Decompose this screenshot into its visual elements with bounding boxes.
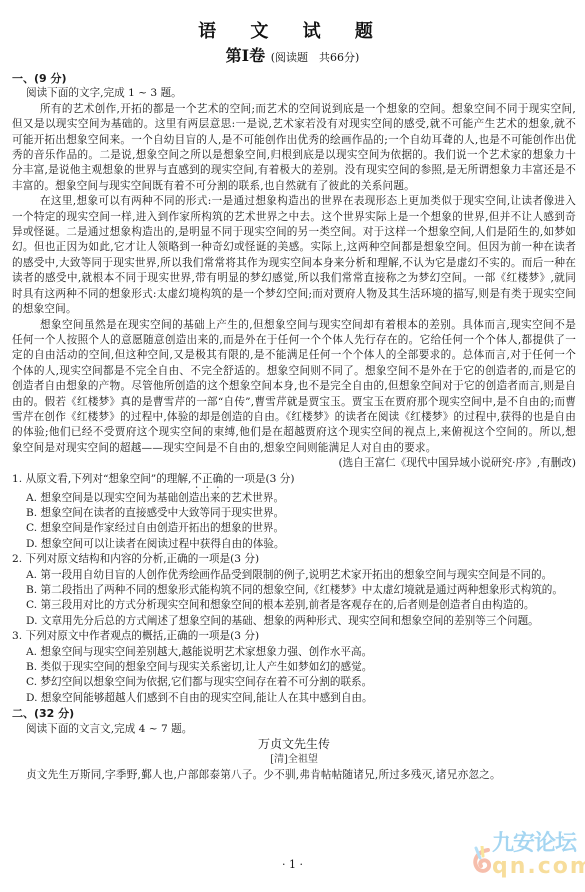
passage-paragraph-3: 想象空间虽然是在现实空间的基础上产生的,但想象空间与现实空间却有着根本的差别。具… — [12, 318, 576, 457]
q1-option-d: D. 想象空间可以让读者在阅读过程中获得自由的体验。 — [12, 537, 576, 552]
volume-note: (阅读题 共66分) — [271, 51, 360, 64]
section-2-instruction: 阅读下面的文言文,完成 4 ~ 7 题。 — [12, 722, 576, 737]
question-1-stem-a: 1. 从原文看,下列对“想象空间”的理解, — [12, 473, 191, 485]
question-2: 2. 下列对原文结构和内容的分析,正确的一项是(3 分) — [12, 552, 576, 567]
section-1-instruction: 阅读下面的文字,完成 1 ~ 3 题。 — [12, 86, 576, 101]
q2-option-c: C. 第三段用对比的方式分析现实空间和想象空间的根本差别,前者是客观存在的,后者… — [12, 598, 576, 613]
exam-title: 语 文 试 题 — [0, 17, 585, 43]
page-number: · 1 · — [0, 858, 585, 871]
exam-page: 语 文 试 题 第Ⅰ卷 (阅读题 共66分) 一、(9 分) 阅读下面的文字,完… — [0, 0, 585, 892]
reading-section-1: 一、(9 分) 阅读下面的文字,完成 1 ~ 3 题。 所有的艺术创作,开拓的都… — [12, 71, 576, 783]
volume-label: 第Ⅰ卷 — [226, 46, 266, 65]
q3-option-c: C. 梦幻空间以想象空间为依据,它们都与现实空间存在着不可分割的联系。 — [12, 675, 576, 690]
q2-option-d: D. 文章用先分后总的方式阐述了想象空间的基础、想象的两种形式、现实空间和想象空… — [12, 614, 576, 629]
essay-title: 万贞文先生传 — [12, 737, 576, 752]
essay-first-line: 贞文先生万斯同,字季野,鄞人也,户部郎泰第八子。少不驯,弗肯帖帖随诸兄,所过多残… — [12, 768, 576, 783]
q1-option-c: C. 想象空间是作家经过自由创造开拓出的想象的世界。 — [12, 521, 576, 536]
question-1-emphasis: 不正确 — [191, 473, 223, 485]
passage-paragraph-1: 所有的艺术创作,开拓的都是一个艺术的空间;而艺术的空间说到底是一个想象的空间。想… — [12, 102, 576, 194]
essay-author: [清]全祖望 — [12, 752, 576, 767]
q3-option-d: D. 想象空间能够超越人们感到不自由的现实空间,能让人在其中感到自由。 — [12, 691, 576, 706]
section-2-heading: 二、(32 分) — [12, 706, 576, 721]
question-1-stem-b: 的一项是(3 分) — [223, 473, 294, 485]
q3-option-a: A. 想象空间与现实空间差别越大,越能说明艺术家想象力强、创作水平高。 — [12, 645, 576, 660]
q1-option-a: A. 想象空间是以现实空间为基础创造出来的艺术世界。 — [12, 491, 576, 506]
q1-option-b: B. 想象空间在读者的直接感受中大致等同于现实世界。 — [12, 506, 576, 521]
site-watermark: 九安论坛 qn.com — [470, 820, 585, 892]
q2-option-b: B. 第二段指出了两种不同的想象形式能构筑不同的想象空间,《红楼梦》中太虚幻境就… — [12, 583, 576, 598]
question-1: 1. 从原文看,下列对“想象空间”的理解,不正确的一项是(3 分) — [12, 472, 576, 491]
q2-option-a: A. 第一段用自幼目盲的人创作优秀绘画作品受到限制的例子,说明艺术家开拓出的想象… — [12, 568, 576, 583]
volume-heading: 第Ⅰ卷 (阅读题 共66分) — [0, 43, 585, 66]
q3-option-b: B. 类似于现实空间的想象空间与现实关系密切,让人产生如梦如幻的感觉。 — [12, 660, 576, 675]
passage-source: (选自王富仁《现代中国异域小说研究·序》,有删改) — [12, 456, 576, 471]
question-3: 3. 下列对原文中作者观点的概括,正确的一项是(3 分) — [12, 629, 576, 644]
passage-paragraph-2: 在这里,想象可以有两种不同的形式:一是通过想象构造出的世界在表现形态上更加类似于… — [12, 194, 576, 317]
section-1-heading: 一、(9 分) — [12, 71, 576, 86]
watermark-cn-text: 九安论坛 — [492, 826, 576, 857]
